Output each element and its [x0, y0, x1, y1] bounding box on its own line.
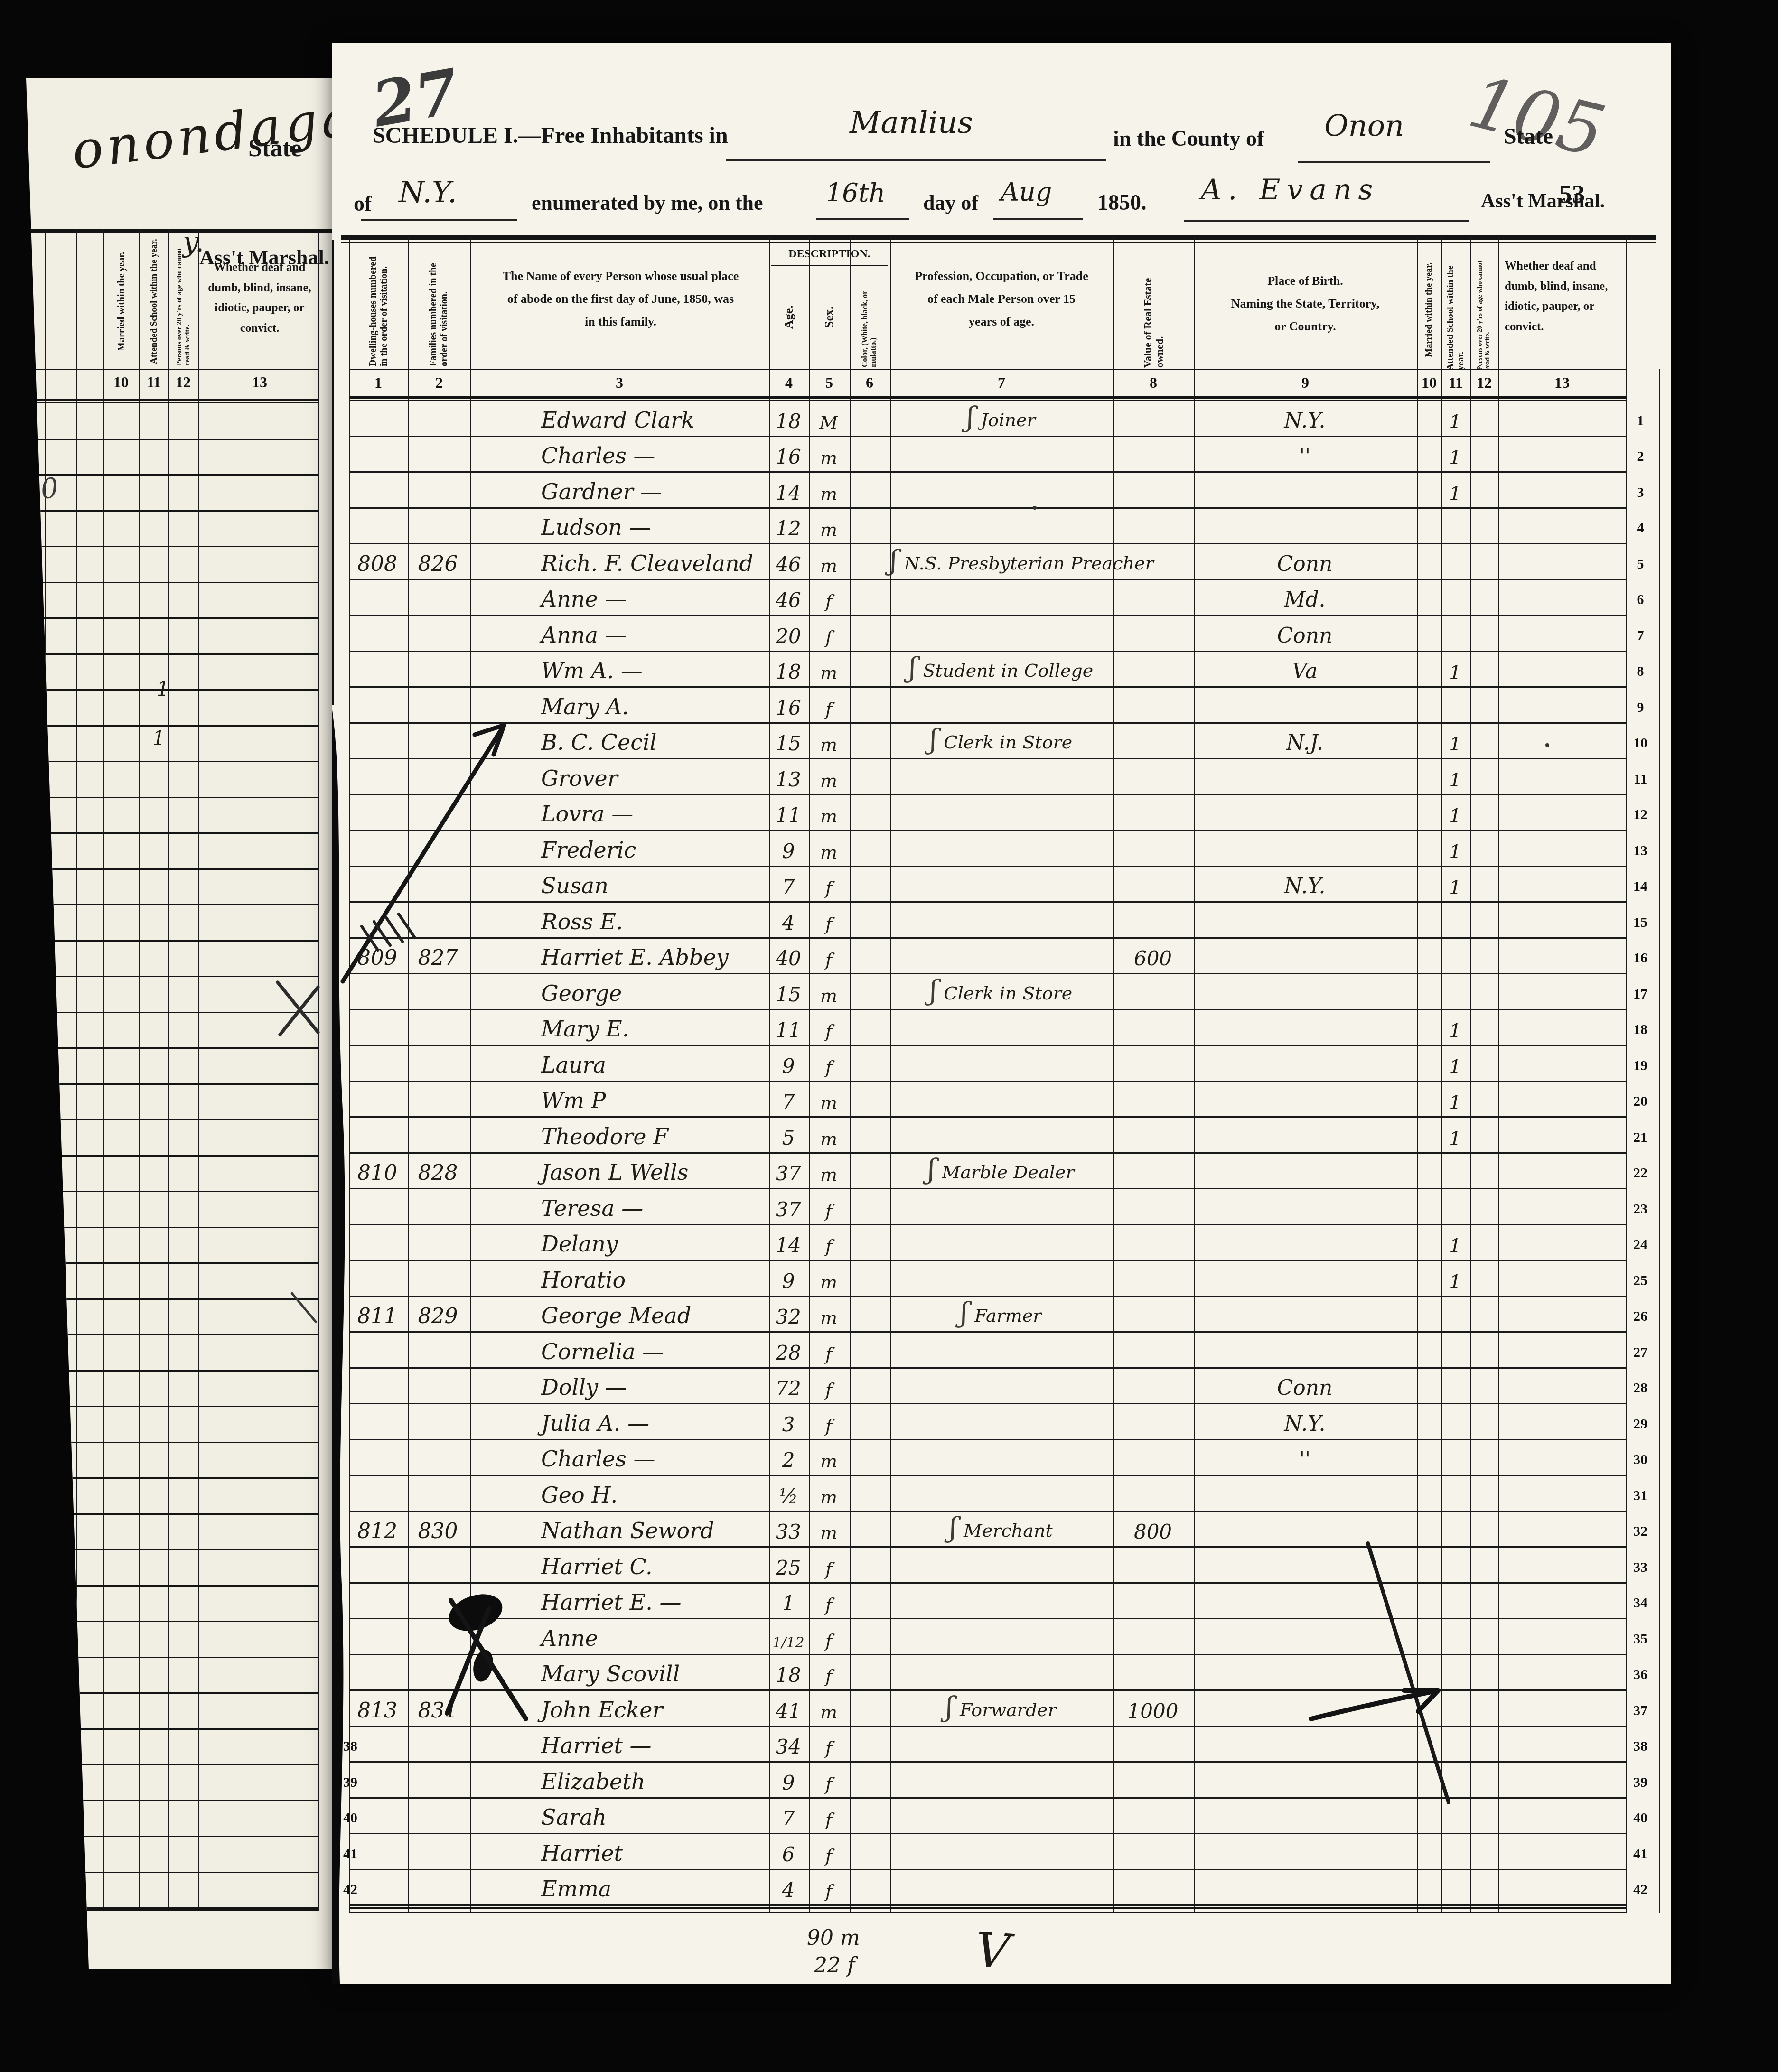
tally-female: 22 f	[814, 1953, 855, 1978]
grid-vline	[470, 237, 471, 1913]
grid-vline	[1441, 237, 1442, 1913]
grid-vline	[850, 237, 851, 1913]
left-grid-hline	[26, 1800, 318, 1801]
census-page: 27 105 SCHEDULE I.—Free Inhabitants in M…	[332, 43, 1671, 1984]
grid-vline	[1417, 237, 1418, 1913]
left-grid-hline	[26, 1334, 318, 1335]
left-grid-vline	[139, 230, 140, 1911]
left-grid-hline	[26, 474, 318, 476]
table-bottom-rule-a	[349, 1907, 1626, 1909]
grid-vline	[1659, 369, 1660, 1913]
left-school-mark-1: 1	[157, 677, 169, 700]
left-grid-hline	[26, 1692, 318, 1694]
left-grid-hline	[26, 797, 318, 798]
grid-vline	[809, 237, 810, 1913]
left-grid-hline	[26, 1657, 318, 1658]
left-grid-hline	[26, 1227, 318, 1228]
left-grid-hline	[26, 439, 318, 440]
left-grid-hline	[26, 1083, 318, 1085]
left-grid-hline	[26, 976, 318, 977]
left-grid-hline	[26, 1191, 318, 1192]
left-grid-hline	[26, 1298, 318, 1300]
left-grid-hline	[26, 1155, 318, 1157]
left-grid-hline	[26, 653, 318, 655]
left-grid-vline	[198, 230, 199, 1911]
left-grid-hline	[26, 546, 318, 547]
left-grid-hline	[26, 689, 318, 691]
left-grid-hline	[26, 1047, 318, 1049]
table-grid	[332, 43, 1671, 1984]
left-grid	[26, 78, 332, 1969]
left-grid-hline	[26, 904, 318, 905]
left-grid-hline	[26, 617, 318, 619]
left-grid-hline	[26, 940, 318, 942]
tally-male: 90 m	[807, 1926, 860, 1950]
left-grid-hline	[26, 725, 318, 727]
grid-vline	[1626, 237, 1627, 1913]
table-bottom-rule-b	[349, 1912, 1626, 1913]
left-grid-hline	[26, 1370, 318, 1372]
left-grid-hline	[26, 1513, 318, 1515]
left-pencil-note: 20	[22, 471, 60, 507]
left-grid-hline	[26, 1585, 318, 1587]
grid-vline	[1498, 237, 1499, 1913]
left-grid-vline	[103, 230, 104, 1911]
left-grid-hline	[26, 1728, 318, 1730]
left-grid-vline	[318, 230, 319, 1911]
grid-vline	[1194, 237, 1195, 1913]
grid-vline	[769, 237, 770, 1913]
grid-vline	[890, 237, 891, 1913]
left-school-mark-2: 1	[152, 727, 165, 750]
left-grid-vline	[168, 230, 169, 1911]
left-grid-hline	[26, 868, 318, 870]
grid-vline	[1113, 237, 1114, 1913]
left-grid-hline	[26, 1477, 318, 1479]
left-grid-vline	[26, 230, 27, 1911]
left-grid-vline	[76, 230, 77, 1911]
grid-vline	[1470, 237, 1471, 1913]
left-grid-hline	[26, 1262, 318, 1264]
census-scan: { "page": { "pencil_top_left": "27", "pe…	[0, 0, 1778, 2072]
tally-check-mark: V	[973, 1922, 1011, 1980]
left-grid-hline	[26, 761, 318, 762]
left-grid-hline	[26, 1836, 318, 1837]
left-grid-hline	[26, 1907, 318, 1909]
left-grid-hline	[26, 1442, 318, 1443]
left-grid-hline	[26, 510, 318, 512]
left-page-edge: onondaga State y. Ass't Marshal. Married…	[26, 78, 332, 1969]
left-grid-hline	[26, 1012, 318, 1013]
left-grid-hline	[26, 582, 318, 583]
left-grid-hline	[26, 1872, 318, 1873]
left-grid-hline	[26, 1621, 318, 1622]
grid-vline	[408, 237, 409, 1913]
grid-vline	[349, 237, 350, 1913]
left-grid-hline	[26, 1406, 318, 1407]
left-bottom-rule	[26, 1909, 318, 1911]
left-grid-hline	[26, 832, 318, 834]
left-grid-hline	[26, 1119, 318, 1120]
left-grid-hline	[26, 1549, 318, 1550]
left-grid-hline	[26, 1764, 318, 1765]
